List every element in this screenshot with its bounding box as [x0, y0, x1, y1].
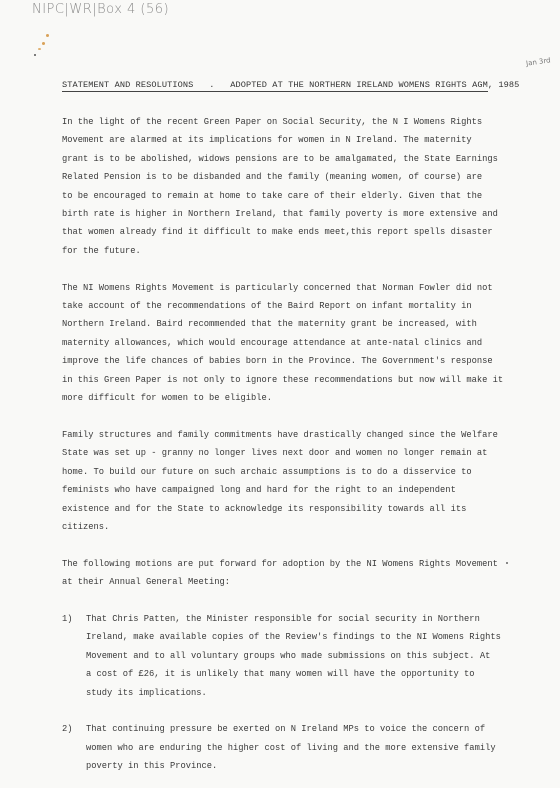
- motion-item: 1) That Chris Patten, the Minister respo…: [62, 610, 552, 702]
- margin-note: Jan 3rd: [526, 56, 552, 67]
- ink-marks: [34, 34, 54, 64]
- stray-mark: [506, 562, 508, 564]
- paragraph-baird-report: The NI Womens Rights Movement is particu…: [62, 279, 552, 408]
- motion-text: That continuing pressure be exerted on N…: [86, 720, 496, 775]
- motion-number: 1): [62, 610, 86, 702]
- archive-reference: NIPC|WR|Box 4 (56): [32, 2, 169, 17]
- motion-text: That Chris Patten, the Minister responsi…: [86, 610, 501, 702]
- paragraph-green-paper: In the light of the recent Green Paper o…: [62, 113, 552, 260]
- paragraph-motions-intro: The following motions are put forward fo…: [62, 555, 552, 592]
- motion-number: 2): [62, 720, 86, 775]
- document-body: In the light of the recent Green Paper o…: [62, 113, 552, 788]
- motion-item: 2) That continuing pressure be exerted o…: [62, 720, 552, 775]
- heading-right: ADOPTED AT THE NORTHERN IRELAND WOMENS R…: [230, 80, 488, 92]
- paragraph-family-structures: Family structures and family commitments…: [62, 426, 552, 536]
- document-heading: STATEMENT AND RESOLUTIONS . ADOPTED AT T…: [62, 80, 560, 90]
- heading-year: 1985: [498, 80, 519, 90]
- heading-left: STATEMENT AND RESOLUTIONS: [62, 80, 193, 92]
